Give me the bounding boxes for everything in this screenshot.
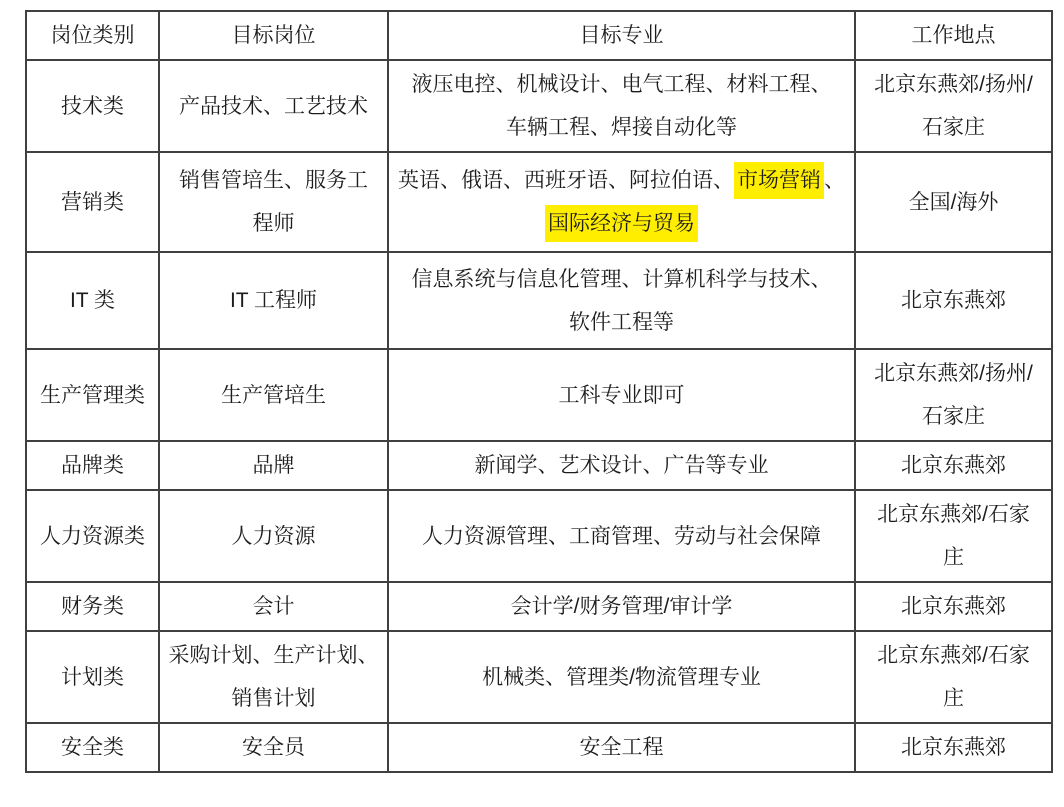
position-cell: 会计: [159, 582, 388, 631]
cell-text: 会计学/财务管理/审计学: [511, 595, 733, 618]
table-row: 生产管理类生产管培生工科专业即可北京东燕郊/扬州/ 石家庄: [26, 349, 1052, 441]
category-cell: 技术类: [26, 60, 159, 152]
cell-text: IT 类: [70, 289, 115, 312]
location-cell: 全国/海外: [855, 152, 1052, 252]
position-cell: 销售管培生、服务工 程师: [159, 152, 388, 252]
recruitment-table: 岗位类别 目标岗位 目标专业 工作地点 技术类产品技术、工艺技术液压电控、机械设…: [25, 10, 1053, 773]
location-cell: 北京东燕郊: [855, 252, 1052, 349]
cell-text: 北京东燕郊: [901, 454, 1006, 477]
location-cell: 北京东燕郊: [855, 582, 1052, 631]
cell-text: 安全员: [242, 736, 305, 759]
table-row: 财务类会计会计学/财务管理/审计学北京东燕郊: [26, 582, 1052, 631]
position-cell: 产品技术、工艺技术: [159, 60, 388, 152]
header-target-position: 目标岗位: [159, 11, 388, 60]
cell-text: 安全工程: [580, 736, 664, 759]
highlighted-text: 国际经济与贸易: [545, 205, 698, 242]
cell-text: 人力资源管理、工商管理、劳动与社会保障: [422, 525, 821, 548]
majors-cell: 会计学/财务管理/审计学: [388, 582, 855, 631]
cell-text: IT 工程师: [230, 289, 317, 312]
location-cell: 北京东燕郊/石家 庄: [855, 631, 1052, 723]
position-cell: 采购计划、生产计划、 销售计划: [159, 631, 388, 723]
table-row: IT 类IT 工程师信息系统与信息化管理、计算机科学与技术、 软件工程等北京东燕…: [26, 252, 1052, 349]
cell-text: 计划类: [61, 666, 124, 689]
cell-text: 营销类: [61, 191, 124, 214]
cell-text: 会计: [253, 595, 295, 618]
cell-text: 英语、俄语、西班牙语、阿拉伯语、: [398, 169, 734, 192]
cell-text: 工科专业即可: [559, 384, 685, 407]
category-cell: 生产管理类: [26, 349, 159, 441]
location-cell: 北京东燕郊/扬州/ 石家庄: [855, 60, 1052, 152]
cell-text: 北京东燕郊/石家 庄: [877, 644, 1030, 710]
cell-text: 北京东燕郊: [901, 595, 1006, 618]
position-cell: 品牌: [159, 441, 388, 490]
cell-text: 、: [824, 169, 845, 192]
category-cell: 品牌类: [26, 441, 159, 490]
location-cell: 北京东燕郊: [855, 441, 1052, 490]
table-row: 人力资源类人力资源人力资源管理、工商管理、劳动与社会保障北京东燕郊/石家 庄: [26, 490, 1052, 582]
table-header: 岗位类别 目标岗位 目标专业 工作地点: [26, 11, 1052, 60]
highlighted-text: 市场营销: [734, 162, 824, 199]
category-cell: 计划类: [26, 631, 159, 723]
cell-text: 安全类: [61, 736, 124, 759]
cell-text: 北京东燕郊/扬州/ 石家庄: [874, 73, 1033, 139]
category-cell: 营销类: [26, 152, 159, 252]
cell-text: 信息系统与信息化管理、计算机科学与技术、 软件工程等: [412, 268, 832, 334]
cell-text: 采购计划、生产计划、 销售计划: [169, 644, 379, 710]
table-row: 品牌类品牌新闻学、艺术设计、广告等专业北京东燕郊: [26, 441, 1052, 490]
cell-text: 财务类: [61, 595, 124, 618]
header-row: 岗位类别 目标岗位 目标专业 工作地点: [26, 11, 1052, 60]
majors-cell: 安全工程: [388, 723, 855, 772]
majors-cell: 工科专业即可: [388, 349, 855, 441]
cell-text: 全国/海外: [909, 191, 999, 214]
cell-text: 人力资源类: [40, 525, 145, 548]
cell-text: 北京东燕郊: [901, 736, 1006, 759]
cell-text: 新闻学、艺术设计、广告等专业: [475, 454, 769, 477]
table-row: 安全类安全员安全工程北京东燕郊: [26, 723, 1052, 772]
position-cell: IT 工程师: [159, 252, 388, 349]
table-body: 技术类产品技术、工艺技术液压电控、机械设计、电气工程、材料工程、 车辆工程、焊接…: [26, 60, 1052, 772]
cell-text: 机械类、管理类/物流管理专业: [482, 666, 761, 689]
header-category: 岗位类别: [26, 11, 159, 60]
position-cell: 生产管培生: [159, 349, 388, 441]
cell-text: 品牌: [253, 454, 295, 477]
cell-text: 生产管培生: [221, 384, 326, 407]
location-cell: 北京东燕郊: [855, 723, 1052, 772]
majors-cell: 新闻学、艺术设计、广告等专业: [388, 441, 855, 490]
cell-text: 液压电控、机械设计、电气工程、材料工程、 车辆工程、焊接自动化等: [412, 73, 832, 139]
cell-text: 人力资源: [232, 525, 316, 548]
majors-cell: 机械类、管理类/物流管理专业: [388, 631, 855, 723]
cell-text: 品牌类: [61, 454, 124, 477]
location-cell: 北京东燕郊/扬州/ 石家庄: [855, 349, 1052, 441]
majors-cell: 人力资源管理、工商管理、劳动与社会保障: [388, 490, 855, 582]
majors-cell: 英语、俄语、西班牙语、阿拉伯语、市场营销、 国际经济与贸易: [388, 152, 855, 252]
majors-cell: 信息系统与信息化管理、计算机科学与技术、 软件工程等: [388, 252, 855, 349]
category-cell: IT 类: [26, 252, 159, 349]
category-cell: 人力资源类: [26, 490, 159, 582]
position-cell: 人力资源: [159, 490, 388, 582]
table-row: 计划类采购计划、生产计划、 销售计划机械类、管理类/物流管理专业北京东燕郊/石家…: [26, 631, 1052, 723]
cell-text: 销售管培生、服务工 程师: [179, 169, 368, 235]
cell-text: 产品技术、工艺技术: [179, 95, 368, 118]
table-row: 技术类产品技术、工艺技术液压电控、机械设计、电气工程、材料工程、 车辆工程、焊接…: [26, 60, 1052, 152]
cell-text: 技术类: [61, 95, 124, 118]
cell-text: 北京东燕郊/扬州/ 石家庄: [874, 362, 1033, 428]
cell-text: 生产管理类: [40, 384, 145, 407]
location-cell: 北京东燕郊/石家 庄: [855, 490, 1052, 582]
category-cell: 安全类: [26, 723, 159, 772]
table-row: 营销类销售管培生、服务工 程师英语、俄语、西班牙语、阿拉伯语、市场营销、 国际经…: [26, 152, 1052, 252]
cell-text: 北京东燕郊: [901, 289, 1006, 312]
position-cell: 安全员: [159, 723, 388, 772]
header-work-location: 工作地点: [855, 11, 1052, 60]
header-target-major: 目标专业: [388, 11, 855, 60]
document-page: 岗位类别 目标岗位 目标专业 工作地点 技术类产品技术、工艺技术液压电控、机械设…: [0, 0, 1064, 807]
category-cell: 财务类: [26, 582, 159, 631]
cell-text: 北京东燕郊/石家 庄: [877, 503, 1030, 569]
majors-cell: 液压电控、机械设计、电气工程、材料工程、 车辆工程、焊接自动化等: [388, 60, 855, 152]
